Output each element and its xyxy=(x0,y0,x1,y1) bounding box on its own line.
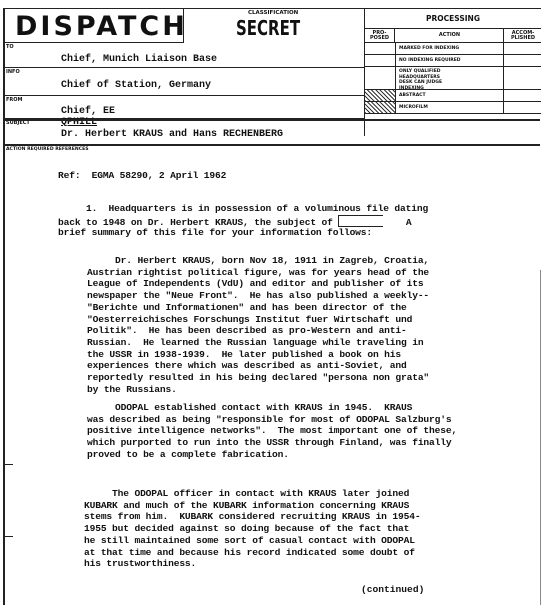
action-required-label: ACTION REQUIRED REFERENCES xyxy=(6,147,89,152)
dispatch-title-box: DISPATCH xyxy=(3,9,184,43)
action-label: ONLY QUALIFIED HEADQUARTERS DESK CAN JUD… xyxy=(396,67,504,89)
to-label: TO xyxy=(6,44,14,50)
subject-label: SUBJECT xyxy=(6,120,30,126)
page-border-right xyxy=(540,270,541,605)
para2-line: League of Independents (VdU) and editor … xyxy=(87,278,423,290)
para2-line: Politik". He has been described as pro-W… xyxy=(87,325,407,337)
margin-tick xyxy=(3,464,13,465)
paragraph-1-line-1: 1. Headquarters is in possession of a vo… xyxy=(58,203,428,215)
accomplished-cell[interactable] xyxy=(505,55,541,66)
para2-line: newspaper the "Neue Front". He has also … xyxy=(87,290,429,302)
para4-line: The ODOPAL officer in contact with KRAUS… xyxy=(84,488,409,500)
from-row: FROM Chief, EE xyxy=(3,96,364,119)
para3-line: positive intelligence networks". The mos… xyxy=(87,425,457,437)
para2-line: Austrian rightist political figure, was … xyxy=(87,267,429,279)
proposed-cell[interactable] xyxy=(365,67,396,89)
accomplished-cell[interactable] xyxy=(505,90,541,101)
classification-box: CLASSIFICATION SECRET xyxy=(184,9,365,43)
para2-line: "Berichte und Informationen" and has bee… xyxy=(87,302,407,314)
proposed-cell[interactable] xyxy=(365,55,396,66)
para3-line: ODOPAL established contact with KRAUS in… xyxy=(87,402,412,414)
margin-tick xyxy=(3,536,13,537)
action-label: MARKED FOR INDEXING xyxy=(396,43,504,54)
para2-line: Russian. He learned the Russian language… xyxy=(87,337,423,349)
para4-line: 1955 but decided against so doing becaus… xyxy=(84,523,409,535)
accomplished-cell[interactable] xyxy=(505,102,541,113)
para4-line: he still maintained some sort of casual … xyxy=(84,535,415,547)
processing-row: MARKED FOR INDEXING xyxy=(365,43,541,55)
para2-line: the USSR in 1938-1939. He later publishe… xyxy=(87,349,401,361)
divider xyxy=(3,144,540,146)
para2-line: Dr. Herbert KRAUS, born Nov 18, 1911 in … xyxy=(87,255,429,267)
info-label: INFO xyxy=(6,69,20,75)
processing-header-row: PRO-POSED ACTION ACCOM-PLISHED xyxy=(365,29,541,43)
para4-line: at that time and because his record indi… xyxy=(84,547,415,559)
continued-note: (continued) xyxy=(361,584,424,595)
col-proposed: PRO-POSED xyxy=(365,29,395,42)
processing-row: ABSTRACT xyxy=(365,90,541,102)
info-row: INFO Chief of Station, Germany xyxy=(3,68,364,96)
action-label: MICROFILM xyxy=(396,102,504,113)
reference-line: Ref: EGMA 58290, 2 April 1962 xyxy=(58,170,226,182)
para4-line: KUBARK and much of the KUBARK informatio… xyxy=(84,500,409,512)
hatched-cell xyxy=(365,102,396,113)
subject-row: SUBJECT QPHILL Dr. Herbert KRAUS and Han… xyxy=(3,119,540,143)
accomplished-cell[interactable] xyxy=(505,43,541,54)
col-accomplished: ACCOM-PLISHED xyxy=(505,29,541,42)
para2-line: by the Russians. xyxy=(87,384,177,396)
to-value: Chief, Munich Liaison Base xyxy=(61,54,217,65)
from-label: FROM xyxy=(6,97,23,103)
para2-line: experiences there which was described as… xyxy=(87,360,407,372)
form-title: DISPATCH xyxy=(15,11,188,42)
from-value: Chief, EE xyxy=(61,106,115,117)
para3-line: which purported to run into the USSR thr… xyxy=(87,437,451,449)
para4-line: his trustworthiness. xyxy=(84,558,196,570)
processing-title: PROCESSING xyxy=(365,9,541,29)
divider xyxy=(3,119,540,121)
info-value: Chief of Station, Germany xyxy=(61,80,211,91)
para3-line: was described as being "responsible for … xyxy=(87,414,451,426)
hatched-cell xyxy=(365,90,396,101)
col-action: ACTION xyxy=(396,29,504,42)
processing-row: MICROFILM xyxy=(365,102,541,114)
para2-line: reportedly resulted in his being declare… xyxy=(87,372,429,384)
to-row: TO Chief, Munich Liaison Base xyxy=(3,43,364,68)
action-label: ABSTRACT xyxy=(396,90,504,101)
para4-line: stems from him. KUBARK considered recrui… xyxy=(84,511,420,523)
paragraph-1-line-3: brief summary of this file for your info… xyxy=(58,227,372,239)
subject-value: Dr. Herbert KRAUS and Hans RECHENBERG xyxy=(61,129,283,140)
proposed-cell[interactable] xyxy=(365,43,396,54)
para2-line: "Oesterreichisches Forschungs Institut f… xyxy=(87,314,412,326)
paragraph-1-line-2-tail: A xyxy=(406,217,412,228)
processing-row: NO INDEXING REQUIRED xyxy=(365,55,541,67)
accomplished-cell[interactable] xyxy=(505,67,541,89)
action-label: NO INDEXING REQUIRED xyxy=(396,55,504,66)
processing-row: ONLY QUALIFIED HEADQUARTERS DESK CAN JUD… xyxy=(365,67,541,90)
processing-panel: PROCESSING PRO-POSED ACTION ACCOM-PLISHE… xyxy=(364,8,541,136)
redaction-bracket xyxy=(338,215,383,227)
para3-line: proved to be a complete fabrication. xyxy=(87,449,289,461)
dispatch-document: DISPATCH CLASSIFICATION SECRET PROCESSIN… xyxy=(0,0,542,605)
classification-value: SECRET xyxy=(236,16,300,40)
